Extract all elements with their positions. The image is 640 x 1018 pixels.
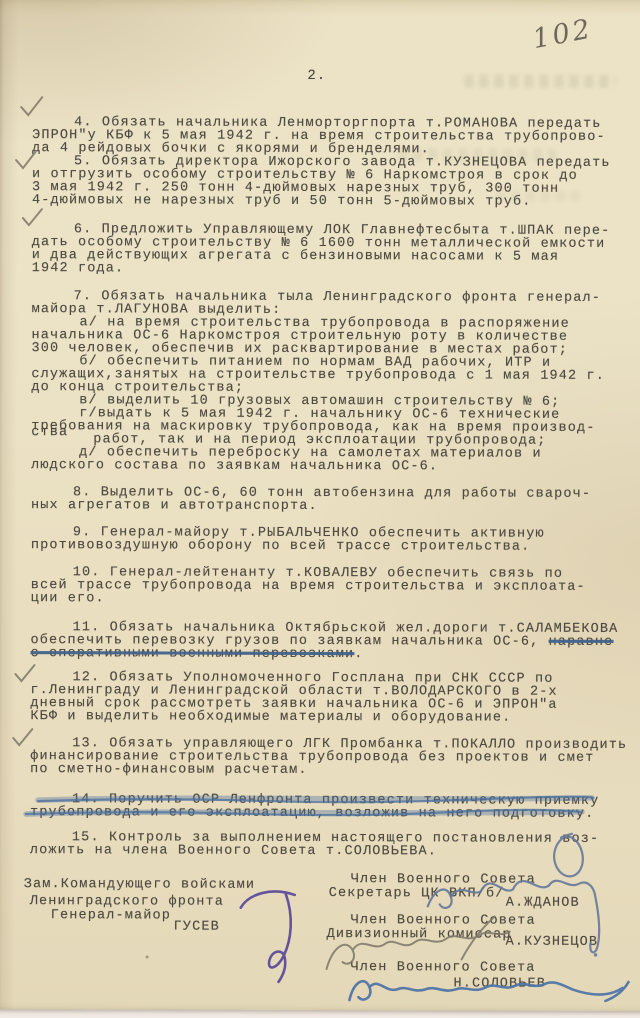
item-10: 10. Генерал-лейтенанту т.КОВАЛЕВУ обеспе… (31, 566, 631, 607)
item-11: 11. Обязать начальника Октябрьской жел.д… (31, 621, 631, 662)
struck-phrase: с оперативными военными перевозками (30, 646, 354, 662)
text-line: трубопровода и его эксплоатацию, возложи… (30, 806, 630, 821)
typewriter-overlap-word: ства (31, 426, 68, 439)
checkmark-icon (21, 97, 42, 115)
item-7: 7. Обязать начальника тыла Ленинградског… (31, 290, 632, 474)
signoff-left-name: ГУСЕВ (174, 920, 220, 935)
page-number: 2. (307, 68, 326, 84)
item-9: 9. Генерал-майору т.РЫБАЛЬЧЕНКО обеспечи… (31, 526, 631, 554)
signoff-right-role: Секретарь ЦК ВКП/б/ (329, 886, 505, 902)
item-13: 13. Обязать управляющего ЛГК Промбанка т… (30, 737, 630, 778)
document-body: 4. Обязать начальника Ленморторгпорта т.… (30, 116, 632, 859)
signoff-right-name: А.КУЗНЕЦОВ (506, 935, 599, 950)
item-4: 4. Обязать начальника Ленморторгпорта т.… (32, 116, 632, 157)
signoff-left-role: Зам.Командующего войсками (24, 877, 255, 893)
item-15: 15. Контроль за выполнением настоящего п… (30, 831, 630, 859)
signature-gusev (240, 891, 294, 982)
item-6: 6. Предложить Управляющему ЛОК Главнефте… (32, 223, 632, 277)
handwritten-sheet-number: 102 (530, 13, 595, 55)
scanned-document: 102 2. 4. Обязать начальника Ленморторгп… (0, 0, 640, 1018)
document-page: 102 2. 4. Обязать начальника Ленморторгп… (0, 0, 640, 1011)
text-line: всей трассе трубопровода на время строит… (31, 579, 631, 594)
signoff-right-role: Член Военного Совета (351, 960, 536, 976)
signoff-right-role: Дивизионный комиссар (327, 927, 512, 943)
item-14-struck: 14. Поручить ОСР Ленфронта произвести те… (30, 793, 630, 821)
item-5: 5. Обязать директора Ижорского завода т.… (32, 155, 632, 209)
signoff-right-name: А.ЖДАНОВ (506, 896, 580, 911)
signoff-right-name: Н.СОЛОВЬЕВ (453, 976, 546, 991)
ink-bleed-smudge (464, 74, 616, 87)
item-8: 8. Выделить ОС-6, 60 тонн автобензина дл… (31, 486, 631, 514)
item-12: 12. Обязать Уполномоченного Госплана при… (30, 671, 630, 725)
signoff-left-rank: Генерал-майор (51, 908, 171, 923)
struck-word: наравне (549, 635, 614, 650)
pencil-dot (146, 955, 149, 958)
